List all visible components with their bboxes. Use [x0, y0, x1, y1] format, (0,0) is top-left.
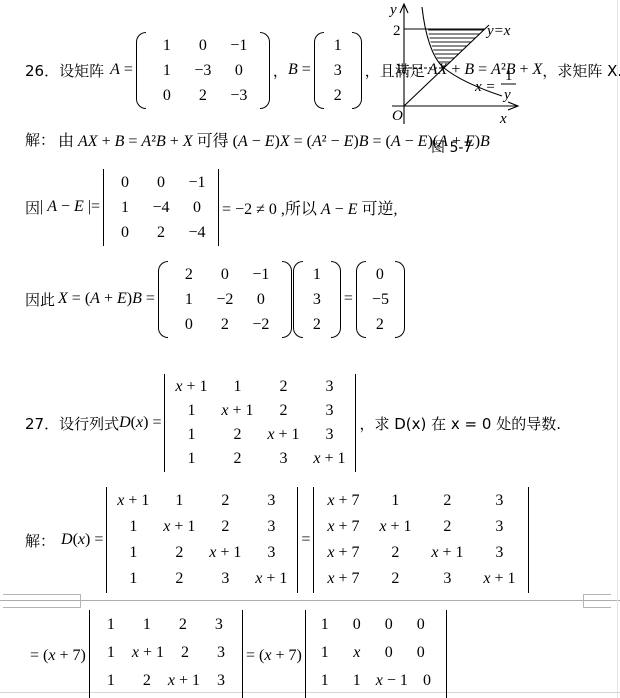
- matrix-cell: 2: [421, 488, 473, 514]
- matrix-cell: x + 1: [202, 540, 248, 566]
- matrix-cell: x + 1: [260, 423, 306, 447]
- figure-tick-1: 1: [395, 61, 403, 77]
- matrix-cell: −1: [179, 170, 215, 195]
- matrix-row: 1000: [309, 611, 443, 639]
- matrix-cell: 3: [202, 566, 248, 592]
- because-label: 因: [25, 197, 40, 218]
- matrix-row: 11x − 10: [309, 667, 443, 695]
- matrix-cell: 0: [143, 170, 179, 195]
- matrix-cell: x + 7: [317, 540, 369, 566]
- matrix-row: 1123: [93, 611, 239, 639]
- matrix-cell: 1: [168, 399, 214, 423]
- matrix-cell: 1: [110, 566, 156, 592]
- matrix-cell: 1: [107, 195, 143, 220]
- problem-26-number: 26．: [25, 60, 59, 81]
- problem-27-outro: ，求 D(x) 在 x = 0 处的导数.: [359, 413, 561, 434]
- left-paren: [314, 32, 324, 109]
- matrix-cell: 2: [214, 447, 260, 471]
- matrix-row: 3: [306, 287, 328, 312]
- matrix-cell: −3: [185, 58, 221, 83]
- matrix-row: 123x + 1: [168, 447, 352, 471]
- matrix-cell: x + 1: [306, 447, 352, 471]
- figure-x-label: x: [499, 111, 507, 127]
- result-vector: 0−52: [356, 261, 405, 338]
- figure-origin-label: O: [392, 108, 403, 124]
- matrix-cell: 0: [149, 83, 185, 108]
- matrix-cell: 2: [171, 262, 207, 287]
- curve-label-numerator: 1: [505, 68, 513, 84]
- matrix-cell: x + 1: [248, 566, 294, 592]
- matrix-cell: 1: [306, 262, 328, 287]
- det-bar-right: [297, 487, 298, 593]
- abs-ae-lhs: | A − E |=: [40, 198, 100, 216]
- matrix-cell: 2: [143, 220, 179, 245]
- figure-caption: 图 5-7: [431, 137, 472, 157]
- matrix-row: 1x + 123: [168, 399, 352, 423]
- determinant-4-body: 10001x0011x − 10: [306, 610, 446, 698]
- solution-27-continued-line: = (x + 7) 11231x + 12312x + 13 = (x + 7)…: [30, 610, 450, 698]
- matrix-row: 12x + 13: [110, 540, 294, 566]
- matrix-a-label: A =: [110, 61, 133, 79]
- vector-b-label: B =: [288, 61, 311, 79]
- right-paren: [331, 261, 341, 338]
- matrix-row: x + 1123: [110, 488, 294, 514]
- abs-ae-result: = −2 ≠ 0 ,所以 A − E 可逆,: [222, 196, 397, 219]
- matrix-cell: 2: [260, 399, 306, 423]
- vector-b-again-body: 132: [303, 261, 331, 338]
- matrix-cell: x + 1: [369, 514, 421, 540]
- right-paren: [260, 32, 270, 109]
- solution-prefix: 解：: [25, 129, 55, 150]
- matrix-cell: 1: [110, 540, 156, 566]
- matrix-cell: 3: [201, 611, 237, 639]
- dx-label: D(x) =: [61, 531, 103, 549]
- factor-x-plus-7: = (x + 7): [30, 647, 86, 665]
- matrix-cell: 2: [327, 83, 349, 108]
- matrix-row: x + 723x + 1: [317, 566, 525, 592]
- matrix-row: x + 7x + 123: [317, 514, 525, 540]
- matrix-cell: 1: [309, 611, 341, 639]
- matrix-cell: 2: [369, 312, 391, 337]
- determinant-4: 10001x0011x − 10: [305, 610, 447, 698]
- matrix-cell: 0: [411, 667, 443, 695]
- matrix-cell: x + 1: [473, 566, 525, 592]
- matrix-cell: 1: [309, 667, 341, 695]
- matrix-cell: 1: [214, 375, 260, 399]
- therefore-label: 因此: [25, 289, 55, 310]
- factor-x-plus-7: = (x + 7): [246, 647, 302, 665]
- dx-label: D(x) =: [119, 414, 161, 432]
- left-paren: [158, 261, 168, 338]
- matrix-row: 123x + 1: [110, 566, 294, 592]
- left-paren: [136, 32, 146, 109]
- problem-27-line: 27． 设行列式 D(x) = x + 11231x + 12312x + 13…: [25, 374, 561, 472]
- right-paren: [395, 261, 405, 338]
- matrix-row: 20−1: [171, 262, 279, 287]
- matrix-cell: 2: [156, 566, 202, 592]
- matrix-cell: −4: [179, 220, 215, 245]
- matrix-cell: x: [341, 639, 373, 667]
- matrix-row: 1x00: [309, 639, 443, 667]
- matrix-row: 1: [327, 33, 349, 58]
- matrix-cell: 0: [107, 220, 143, 245]
- matrix-row: −5: [369, 287, 392, 312]
- matrix-cell: −1: [221, 33, 257, 58]
- matrix-row: 1−20: [171, 287, 279, 312]
- matrix-cell: 1: [93, 639, 129, 667]
- matrix-cell: 0: [405, 611, 437, 639]
- determinant-1-body: x + 11231x + 12312x + 13123x + 1: [107, 487, 297, 593]
- figure-tick-2: 2: [393, 23, 401, 39]
- determinant-dx: x + 11231x + 12312x + 13123x + 1: [164, 374, 356, 472]
- problem-27-intro: 设行列式: [59, 413, 119, 434]
- matrix-cell: 3: [306, 399, 352, 423]
- matrix-cell: 2: [185, 83, 221, 108]
- det-bar-right: [528, 487, 529, 593]
- matrix-cell: 0: [341, 611, 373, 639]
- matrix-cell: 2: [207, 312, 243, 337]
- matrix-cell: 3: [473, 514, 525, 540]
- matrix-row: 1: [306, 262, 328, 287]
- matrix-a-plus-e: 20−11−2002−2: [158, 261, 292, 338]
- matrix-row: 1−30: [149, 58, 257, 83]
- matrix-cell: 0: [107, 170, 143, 195]
- matrix-cell: 1: [171, 287, 207, 312]
- matrix-cell: 1: [129, 611, 165, 639]
- matrix-row: x + 72x + 13: [317, 540, 525, 566]
- x-result-lhs: X = (A + E)B =: [58, 290, 155, 308]
- matrix-cell: 3: [203, 667, 239, 695]
- problem-26-outro: ，求矩阵 X.: [542, 60, 620, 81]
- matrix-row: 2: [369, 312, 392, 337]
- matrix-cell: 3: [327, 58, 349, 83]
- matrix-cell: 3: [306, 375, 352, 399]
- matrix-cell: 2: [156, 540, 202, 566]
- matrix-cell: x + 1: [165, 667, 203, 695]
- matrix-cell: x + 7: [317, 488, 369, 514]
- matrix-cell: 0: [221, 58, 257, 83]
- matrix-cell: 0: [373, 639, 405, 667]
- matrix-cell: 1: [309, 639, 341, 667]
- matrix-cell: x + 1: [214, 399, 260, 423]
- matrix-cell: 3: [421, 566, 473, 592]
- matrix-row: 12x + 13: [168, 423, 352, 447]
- determinant-3: 11231x + 12312x + 13: [89, 610, 243, 698]
- matrix-cell: 1: [168, 447, 214, 471]
- matrix-row: 02−2: [171, 312, 279, 337]
- matrix-cell: 1: [149, 33, 185, 58]
- matrix-cell: 2: [202, 514, 248, 540]
- equals-sign: =: [301, 531, 310, 549]
- determinant-ae-line: 因 | A − E |= 00−11−4002−4 = −2 ≠ 0 ,所以 A…: [25, 168, 398, 246]
- comma: ，: [273, 60, 288, 81]
- matrix-cell: 1: [369, 488, 421, 514]
- matrix-cell: 1: [327, 33, 349, 58]
- matrix-row: 3: [327, 58, 349, 83]
- y-equals-x-label: y=x: [485, 23, 511, 39]
- matrix-cell: −3: [221, 83, 257, 108]
- matrix-cell: 1: [110, 514, 156, 540]
- det-bar-right: [355, 374, 356, 472]
- left-paren: [293, 261, 303, 338]
- matrix-a-plus-e-body: 20−11−2002−2: [168, 261, 282, 338]
- matrix-cell: 2: [369, 566, 421, 592]
- matrix-cell: 2: [202, 488, 248, 514]
- page-break-right-bracket: [583, 594, 611, 608]
- matrix-cell: 0: [179, 195, 215, 220]
- matrix-cell: 0: [243, 287, 279, 312]
- matrix-cell: x + 1: [129, 639, 167, 667]
- matrix-cell: 3: [306, 423, 352, 447]
- matrix-row: 1−40: [107, 195, 215, 220]
- right-paren: [282, 261, 292, 338]
- vector-b-body: 132: [324, 32, 352, 109]
- matrix-cell: 1: [168, 423, 214, 447]
- matrix-cell: 0: [405, 639, 437, 667]
- matrix-cell: 3: [248, 540, 294, 566]
- matrix-cell: 3: [248, 514, 294, 540]
- matrix-row: x + 7123: [317, 488, 525, 514]
- right-paren: [352, 32, 362, 109]
- matrix-cell: x − 1: [373, 667, 411, 695]
- matrix-cell: 1: [93, 667, 129, 695]
- matrix-cell: x + 1: [110, 488, 156, 514]
- matrix-row: 2: [327, 83, 349, 108]
- matrix-cell: 0: [369, 262, 391, 287]
- matrix-row: 10−1: [149, 33, 257, 58]
- matrix-cell: x + 7: [317, 566, 369, 592]
- matrix-cell: 1: [149, 58, 185, 83]
- page-break-left-bracket: [3, 594, 81, 608]
- determinant-ae: 00−11−4002−4: [103, 169, 219, 246]
- hatched-region: [428, 29, 485, 68]
- matrix-cell: 2: [214, 423, 260, 447]
- matrix-row: 2: [306, 312, 328, 337]
- matrix-cell: 2: [260, 375, 306, 399]
- curve-label-denominator: y: [502, 87, 511, 103]
- matrix-cell: x + 1: [168, 375, 214, 399]
- determinant-2-body: x + 7123x + 7x + 123x + 72x + 13x + 723x…: [314, 487, 528, 593]
- matrix-cell: 3: [203, 639, 239, 667]
- curve-label-lhs: x =: [474, 79, 496, 95]
- det-bar-right: [242, 610, 243, 698]
- solution-27-line: 解： D(x) = x + 11231x + 12312x + 13123x +…: [25, 487, 532, 593]
- matrix-cell: 1: [341, 667, 373, 695]
- matrix-cell: 3: [260, 447, 306, 471]
- matrix-cell: −5: [369, 287, 392, 312]
- vector-b: 132: [314, 32, 362, 109]
- matrix-row: 1x + 123: [93, 639, 239, 667]
- matrix-row: 12x + 13: [93, 667, 239, 695]
- matrix-cell: 2: [129, 667, 165, 695]
- matrix-a-body: 10−11−3002−3: [146, 32, 260, 109]
- vector-b-again: 132: [293, 261, 341, 338]
- matrix-cell: 3: [473, 488, 525, 514]
- matrix-cell: 2: [306, 312, 328, 337]
- matrix-cell: 3: [473, 540, 525, 566]
- matrix-cell: x + 1: [156, 514, 202, 540]
- matrix-row: 00−1: [107, 170, 215, 195]
- matrix-cell: 2: [167, 639, 203, 667]
- problem-26-line: 26． 设矩阵 A = 10−11−3002−3 ， B = 132 ，且满足 …: [25, 32, 620, 108]
- matrix-cell: x + 1: [421, 540, 473, 566]
- matrix-cell: 1: [93, 611, 129, 639]
- matrix-a: 10−11−3002−3: [136, 32, 270, 109]
- determinant-2: x + 7123x + 7x + 123x + 72x + 13x + 723x…: [313, 487, 529, 593]
- matrix-row: 02−4: [107, 220, 215, 245]
- determinant-1: x + 11231x + 12312x + 13123x + 1: [106, 487, 298, 593]
- left-paren: [356, 261, 366, 338]
- determinant-ae-body: 00−11−4002−4: [104, 169, 218, 246]
- matrix-row: x + 1123: [168, 375, 352, 399]
- equals-sign: =: [344, 290, 353, 308]
- matrix-row: 02−3: [149, 83, 257, 108]
- matrix-row: 1x + 123: [110, 514, 294, 540]
- matrix-cell: 3: [248, 488, 294, 514]
- determinant-dx-body: x + 11231x + 12312x + 13123x + 1: [165, 374, 355, 472]
- problem-26-intro: 设矩阵: [59, 60, 104, 81]
- matrix-cell: 2: [369, 540, 421, 566]
- matrix-cell: 0: [171, 312, 207, 337]
- matrix-cell: 0: [207, 262, 243, 287]
- matrix-cell: 1: [156, 488, 202, 514]
- matrix-cell: 3: [306, 287, 328, 312]
- matrix-cell: −4: [143, 195, 179, 220]
- matrix-cell: x + 7: [317, 514, 369, 540]
- matrix-cell: 0: [373, 611, 405, 639]
- det-bar-right: [446, 610, 447, 698]
- matrix-row: 0: [369, 262, 392, 287]
- matrix-cell: 2: [421, 514, 473, 540]
- det-bar-right: [218, 169, 219, 246]
- matrix-cell: 0: [185, 33, 221, 58]
- matrix-cell: −1: [243, 262, 279, 287]
- figure-y-label: y: [389, 2, 397, 18]
- matrix-cell: −2: [207, 287, 243, 312]
- matrix-cell: −2: [243, 312, 279, 337]
- matrix-cell: 2: [165, 611, 201, 639]
- solution-prefix: 解：: [25, 530, 55, 551]
- determinant-3-body: 11231x + 12312x + 13: [90, 610, 242, 698]
- result-vector-body: 0−52: [366, 261, 395, 338]
- x-result-line: 因此 X = (A + E)B = 20−11−2002−2 132 = 0−5…: [25, 258, 408, 340]
- page-break-line: [0, 600, 620, 601]
- problem-27-number: 27．: [25, 413, 59, 434]
